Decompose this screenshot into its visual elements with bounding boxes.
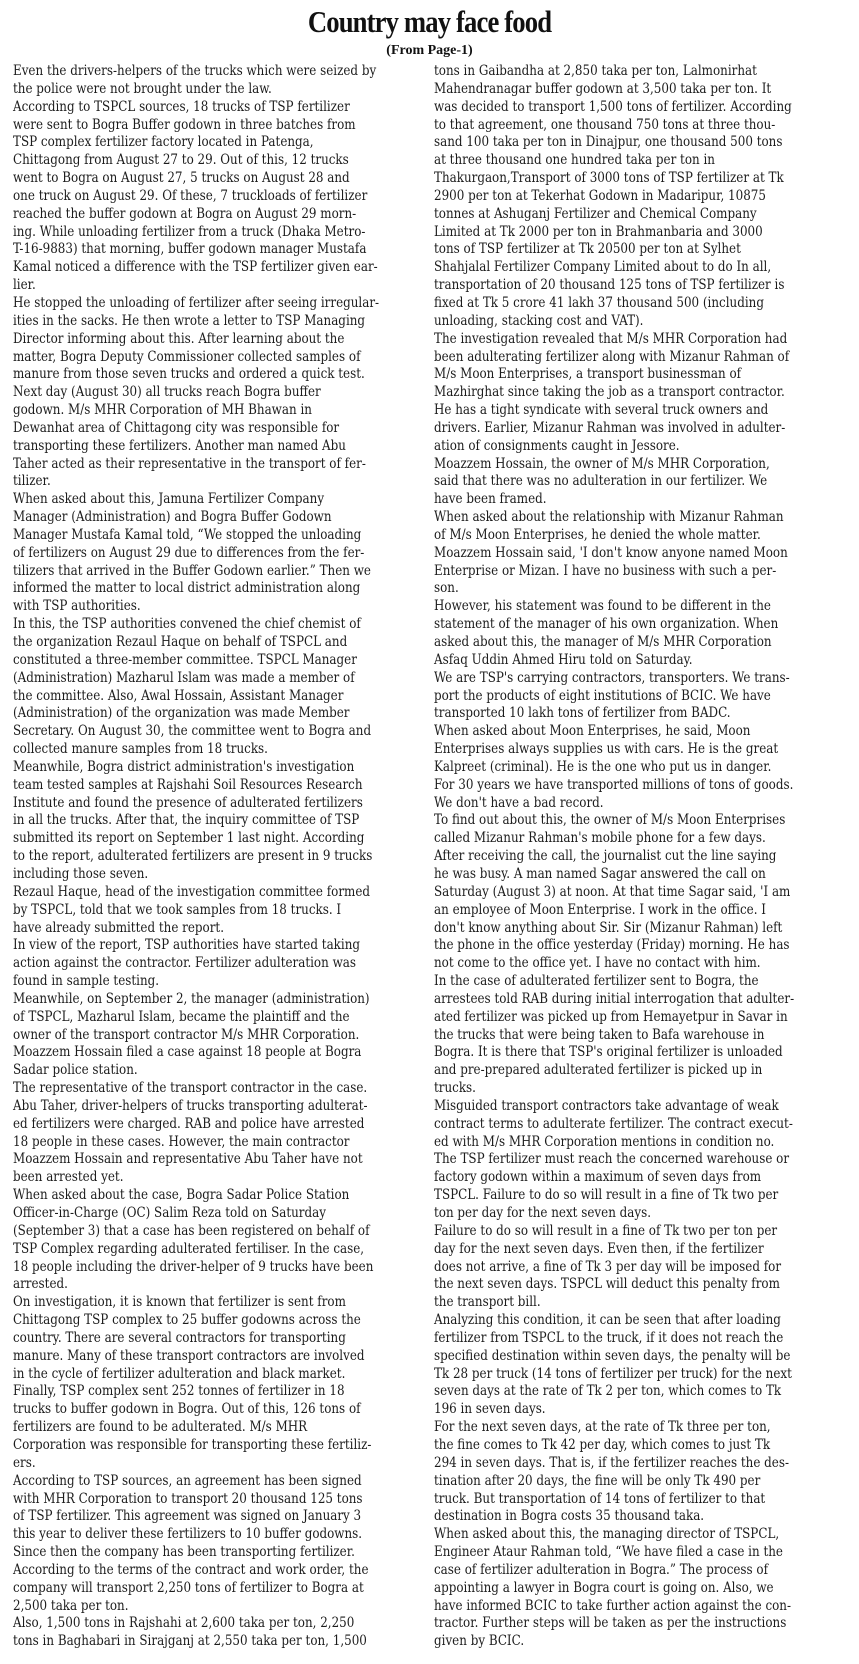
article-text-line: submitted its report on September 1 last… [13, 830, 433, 848]
article-text-line: owner of the transport contractor M/s MH… [13, 1027, 433, 1045]
article-text-line: unloading, stacking cost and VAT). [434, 313, 858, 331]
article-text-line: When asked about this, Jamuna Fertilizer… [13, 491, 433, 509]
article-text-line: been arrested yet. [13, 1169, 433, 1187]
article-text-line: (Administration) Mazharul Islam was made… [13, 670, 433, 688]
article-text-line: Engineer Ataur Rahman told, “We have fil… [434, 1544, 858, 1562]
article-text-line: asked about this, the manager of M/s MHR… [434, 634, 858, 652]
article-text-line: In this, the TSP authorities convened th… [13, 616, 433, 634]
article-text-line: constituted a three-member committee. TS… [13, 652, 433, 670]
article-text-line: given by BCIC. [434, 1633, 858, 1651]
article-text-line: not come to the office yet. I have no co… [434, 955, 858, 973]
article-text-line: We are TSP's carrying contractors, trans… [434, 670, 858, 688]
article-text-line: have already submitted the report. [13, 920, 433, 938]
article-text-line: Failure to do so will result in a fine o… [434, 1223, 858, 1241]
article-text-line: After receiving the call, the journalist… [434, 848, 858, 866]
article-text-line: Bogra. It is there that TSP's original f… [434, 1044, 858, 1062]
article-text-line: Next day (August 30) all trucks reach Bo… [13, 384, 433, 402]
article-text-line: of fertilizers on August 29 due to diffe… [13, 545, 433, 563]
article-text-line: sand 100 taka per ton in Dinajpur, one t… [434, 134, 858, 152]
article-text-line: with MHR Corporation to transport 20 tho… [13, 1491, 433, 1509]
article-text-line: the phone in the office yesterday (Frida… [434, 937, 858, 955]
article-text-line: We don't have a bad record. [434, 795, 858, 813]
article-text-line: Finally, TSP complex sent 252 tonnes of … [13, 1383, 433, 1401]
article-text-line: tons in Gaibandha at 2,850 taka per ton,… [434, 63, 858, 81]
article-text-line: Abu Taher, driver-helpers of trucks tran… [13, 1098, 433, 1116]
article-text-line: Institute and found the presence of adul… [13, 795, 433, 813]
article-text-line: T-16-9883) that morning, buffer godown m… [13, 241, 433, 259]
article-text-line: informed the matter to local district ad… [13, 580, 433, 598]
article-text-line: In view of the report, TSP authorities h… [13, 937, 433, 955]
article-text-line: at three thousand one hundred taka per t… [434, 152, 858, 170]
article-text-line: The investigation revealed that M/s MHR … [434, 331, 858, 349]
article-text-line: The representative of the transport cont… [13, 1080, 433, 1098]
article-text-line: ing. While unloading fertilizer from a t… [13, 224, 433, 242]
article-text-line: the committee. Also, Awal Hossain, Assis… [13, 688, 433, 706]
article-text-line: Kalpreet (criminal). He is the one who p… [434, 759, 858, 777]
article-text-line: drivers. Earlier, Mizanur Rahman was inv… [434, 420, 858, 438]
article-text-line: Asfaq Uddin Ahmed Hiru told on Saturday. [434, 652, 858, 670]
article-text-line: According to the terms of the contract a… [13, 1562, 433, 1580]
article-text-line: Meanwhile, on September 2, the manager (… [13, 991, 433, 1009]
article-text-line: he was busy. A man named Sagar answered … [434, 866, 858, 884]
continuation-note: (From Page-1) [0, 43, 859, 59]
article-text-line: found in sample testing. [13, 973, 433, 991]
article-text-line: in all the trucks. After that, the inqui… [13, 812, 433, 830]
article-text-line: appointing a lawyer in Bogra court is go… [434, 1580, 858, 1598]
article-text-line: Shahjalal Fertilizer Company Limited abo… [434, 259, 858, 277]
article-text-line: Saturday (August 3) at noon. At that tim… [434, 884, 858, 902]
article-text-line: On investigation, it is known that ferti… [13, 1294, 433, 1312]
article-text-line: tons in Baghabari in Sirajganj at 2,550 … [13, 1633, 433, 1651]
article-text-line: was decided to transport 1,500 tons of f… [434, 99, 858, 117]
article-text-line: with TSP authorities. [13, 598, 433, 616]
article-text-line: When asked about this, the managing dire… [434, 1526, 858, 1544]
article-text-line: an employee of Moon Enterprise. I work i… [434, 902, 858, 920]
article-text-line: in the cycle of fertilizer adulteration … [13, 1366, 433, 1384]
article-text-line: Taher acted as their representative in t… [13, 456, 433, 474]
article-text-line: tons of TSP fertilizer at Tk 20500 per t… [434, 241, 858, 259]
article-text-line: Rezaul Haque, head of the investigation … [13, 884, 433, 902]
article-text-line: Enterprise or Mizan. I have no business … [434, 563, 858, 581]
article-text-line: matter, Bogra Deputy Commissioner collec… [13, 349, 433, 367]
article-text-line: tractor. Further steps will be taken as … [434, 1615, 858, 1633]
article-text-line: Chittagong TSP complex to 25 buffer godo… [13, 1312, 433, 1330]
article-text-line: godown. M/s MHR Corporation of MH Bhawan… [13, 402, 433, 420]
article-text-line: Director informing about this. After lea… [13, 331, 433, 349]
article-text-line: action against the contractor. Fertilize… [13, 955, 433, 973]
article-text-line: to that agreement, one thousand 750 tons… [434, 117, 858, 135]
article-text-line: 18 people in these cases. However, the m… [13, 1134, 433, 1152]
article-text-line: ed fertilizers were charged. RAB and pol… [13, 1116, 433, 1134]
article-text-line: and pre-prepared adulterated fertilizer … [434, 1062, 858, 1080]
article-text-line: TSP Complex regarding adulterated fertil… [13, 1241, 433, 1259]
article-text-line: For the next seven days, at the rate of … [434, 1419, 858, 1437]
article-text-line: company will transport 2,250 tons of fer… [13, 1580, 433, 1598]
article-text-line: Moazzem Hossain and representative Abu T… [13, 1151, 433, 1169]
article-text-line: to the report, adulterated fertilizers a… [13, 848, 433, 866]
article-text-line: does not arrive, a fine of Tk 3 per day … [434, 1259, 858, 1277]
article-text-line: Manager Mustafa Kamal told, “We stopped … [13, 527, 433, 545]
article-text-line: of TSPCL, Mazharul Islam, became the pla… [13, 1009, 433, 1027]
article-column-right: tons in Gaibandha at 2,850 taka per ton,… [434, 63, 858, 1651]
article-text-line: However, his statement was found to be d… [434, 598, 858, 616]
article-text-line: Dewanhat area of Chittagong city was res… [13, 420, 433, 438]
article-text-line: tination after 20 days, the fine will be… [434, 1473, 858, 1491]
article-text-line: When asked about the case, Bogra Sadar P… [13, 1187, 433, 1205]
article-text-line: Sadar police station. [13, 1062, 433, 1080]
article-text-line: ed with M/s MHR Corporation mentions in … [434, 1134, 858, 1152]
article-text-line: reached the buffer godown at Bogra on Au… [13, 206, 433, 224]
article-text-line: seven days at the rate of Tk 2 per ton, … [434, 1383, 858, 1401]
article-text-line: collected manure samples from 18 trucks. [13, 741, 433, 759]
article-text-line: ation of consignments caught in Jessore. [434, 438, 858, 456]
article-text-line: statement of the manager of his own orga… [434, 616, 858, 634]
article-text-line: 196 in seven days. [434, 1401, 858, 1419]
article-text-line: transporting these fertilizers. Another … [13, 438, 433, 456]
article-text-line: ers. [13, 1455, 433, 1473]
article-text-line: day for the next seven days. Even then, … [434, 1241, 858, 1259]
article-text-line: tonnes at Ashuganj Fertilizer and Chemic… [434, 206, 858, 224]
article-text-line: manure. Many of these transport contract… [13, 1348, 433, 1366]
article-text-line: Chittagong from August 27 to 29. Out of … [13, 152, 433, 170]
article-text-line: the next seven days. TSPCL will deduct t… [434, 1276, 858, 1294]
article-text-line: The TSP fertilizer must reach the concer… [434, 1151, 858, 1169]
article-text-line: He has a tight syndicate with several tr… [434, 402, 858, 420]
article-text-line: said that there was no adulteration in o… [434, 473, 858, 491]
article-text-line: factory godown within a maximum of seven… [434, 1169, 858, 1187]
article-text-line: TSPCL. Failure to do so will result in a… [434, 1187, 858, 1205]
article-text-line: TSP complex fertilizer factory located i… [13, 134, 433, 152]
article-text-line: fertilizer from TSPCL to the truck, if i… [434, 1330, 858, 1348]
article-text-line: fixed at Tk 5 crore 41 lakh 37 thousand … [434, 295, 858, 313]
article-text-line: specified destination within seven days,… [434, 1348, 858, 1366]
article-text-line: don't know anything about Sir. Sir (Miza… [434, 920, 858, 938]
article-text-line: To find out about this, the owner of M/s… [434, 812, 858, 830]
article-text-line: In the case of adulterated fertilizer se… [434, 973, 858, 991]
article-text-line: son. [434, 580, 858, 598]
article-text-line: 18 people including the driver-helper of… [13, 1259, 433, 1277]
article-text-line: Analyzing this condition, it can be seen… [434, 1312, 858, 1330]
article-text-line: team tested samples at Rajshahi Soil Res… [13, 777, 433, 795]
article-text-line: Mahendranagar buffer godown at 3,500 tak… [434, 81, 858, 99]
article-text-line: Moazzem Hossain, the owner of M/s MHR Co… [434, 456, 858, 474]
article-text-line: arrestees told RAB during initial interr… [434, 991, 858, 1009]
article-text-line: destination in Bogra costs 35 thousand t… [434, 1508, 858, 1526]
article-text-line: (September 3) that a case has been regis… [13, 1223, 433, 1241]
article-text-line: Meanwhile, Bogra district administration… [13, 759, 433, 777]
article-text-line: the organization Rezaul Haque on behalf … [13, 634, 433, 652]
article-text-line: He stopped the unloading of fertilizer a… [13, 295, 433, 313]
article-text-line: 2900 per ton at Tekerhat Godown in Madar… [434, 188, 858, 206]
article-text-line: ated fertilizer was picked up from Hemay… [434, 1009, 858, 1027]
article-text-line: including those seven. [13, 866, 433, 884]
article-text-line: contract terms to adulterate fertilizer.… [434, 1116, 858, 1134]
article-text-line: Corporation was responsible for transpor… [13, 1437, 433, 1455]
article-text-line: Thakurgaon,Transport of 3000 tons of TSP… [434, 170, 858, 188]
article-text-line: Officer-in-Charge (OC) Salim Reza told o… [13, 1205, 433, 1223]
article-text-line: Secretary. On August 30, the committee w… [13, 723, 433, 741]
article-text-line: Tk 28 per truck (14 tons of fertilizer p… [434, 1366, 858, 1384]
article-text-line: According to TSP sources, an agreement h… [13, 1473, 433, 1491]
article-text-line: ton per day for the next seven days. [434, 1205, 858, 1223]
article-text-line: the trucks that were being taken to Bafa… [434, 1027, 858, 1045]
article-text-line: by TSPCL, told that we took samples from… [13, 902, 433, 920]
article-text-line: the fine comes to Tk 42 per day, which c… [434, 1437, 858, 1455]
article-text-line: were sent to Bogra Buffer godown in thre… [13, 117, 433, 135]
article-text-line: Since then the company has been transpor… [13, 1544, 433, 1562]
article-text-line: Manager (Administration) and Bogra Buffe… [13, 509, 433, 527]
article-text-line: When asked about Moon Enterprises, he sa… [434, 723, 858, 741]
article-text-line: called Mizanur Rahman's mobile phone for… [434, 830, 858, 848]
article-text-line: one truck on August 29. Of these, 7 truc… [13, 188, 433, 206]
article-text-line: Misguided transport contractors take adv… [434, 1098, 858, 1116]
article-text-line: this year to deliver these fertilizers t… [13, 1526, 433, 1544]
article-text-line: (Administration) of the organization was… [13, 705, 433, 723]
article-text-line: truck. But transportation of 14 tons of … [434, 1491, 858, 1509]
article-text-line: Mazhirghat since taking the job as a tra… [434, 384, 858, 402]
article-text-line: ities in the sacks. He then wrote a lett… [13, 313, 433, 331]
article-text-line: 294 in seven days. That is, if the ferti… [434, 1455, 858, 1473]
article-text-line: Also, 1,500 tons in Rajshahi at 2,600 ta… [13, 1615, 433, 1633]
article-text-line: of M/s Moon Enterprises, he denied the w… [434, 527, 858, 545]
article-text-line: Moazzem Hossain filed a case against 18 … [13, 1044, 433, 1062]
article-text-line: case of fertilizer adulteration in Bogra… [434, 1562, 858, 1580]
article-text-line: the police were not brought under the la… [13, 81, 433, 99]
article-text-line: 2,500 taka per ton. [13, 1598, 433, 1616]
article-text-line: arrested. [13, 1276, 433, 1294]
article-text-line: went to Bogra on August 27, 5 trucks on … [13, 170, 433, 188]
article-text-line: When asked about the relationship with M… [434, 509, 858, 527]
article-text-line: Limited at Tk 2000 per ton in Brahmanbar… [434, 224, 858, 242]
article-text-line: have been framed. [434, 491, 858, 509]
article-text-line: For 30 years we have transported million… [434, 777, 858, 795]
article-text-line: Kamal noticed a difference with the TSP … [13, 259, 433, 277]
article-text-line: country. There are several contractors f… [13, 1330, 433, 1348]
article-text-line: tilizer. [13, 473, 433, 491]
article-text-line: fertilizers are found to be adulterated.… [13, 1419, 433, 1437]
article-text-line: tilizers that arrived in the Buffer Godo… [13, 563, 433, 581]
article-text-line: trucks to buffer godown in Bogra. Out of… [13, 1401, 433, 1419]
article-column-left: Even the drivers-helpers of the trucks w… [13, 63, 433, 1651]
article-text-line: port the products of eight institutions … [434, 688, 858, 706]
article-text-line: According to TSPCL sources, 18 trucks of… [13, 99, 433, 117]
article-text-line: trucks. [434, 1080, 858, 1098]
article-text-line: transported 10 lakh tons of fertilizer f… [434, 705, 858, 723]
article-text-line: the transport bill. [434, 1294, 858, 1312]
article-text-line: Enterprises always supplies us with cars… [434, 741, 858, 759]
article-text-line: have informed BCIC to take further actio… [434, 1598, 858, 1616]
article-text-line: transportation of 20 thousand 125 tons o… [434, 277, 858, 295]
article-headline: Country may face food [60, 4, 799, 40]
article-text-line: Moazzem Hossain said, 'I don't know anyo… [434, 545, 858, 563]
article-text-line: manure from those seven trucks and order… [13, 366, 433, 384]
article-text-line: been adulterating fertilizer along with … [434, 349, 858, 367]
article-text-line: M/s Moon Enterprises, a transport busine… [434, 366, 858, 384]
article-text-line: lier. [13, 277, 433, 295]
article-text-line: Even the drivers-helpers of the trucks w… [13, 63, 433, 81]
article-text-line: of TSP fertilizer. This agreement was si… [13, 1508, 433, 1526]
